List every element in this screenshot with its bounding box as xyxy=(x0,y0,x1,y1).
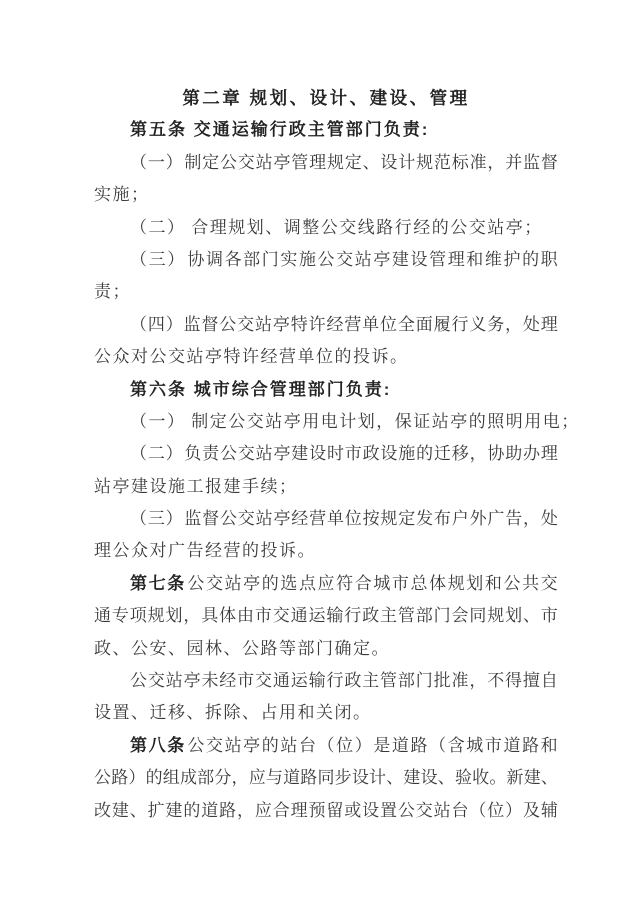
document-line: （四）监督公交站亭特许经营单位全面履行义务，处理 xyxy=(94,309,558,341)
document-line: 公交站亭未经市交通运输行政主管部门批准，不得擅自 xyxy=(94,665,558,697)
document-line: 实施； xyxy=(94,179,558,211)
document-line: （三） 监督公交站亭经营单位按规定发布户外广告，处 xyxy=(94,503,558,535)
article-heading-line: 第五条 交通运输行政主管部门负责: xyxy=(94,114,558,146)
document-line: （一） 制定公交站亭管理规定、设计规范标准，并监督 xyxy=(94,147,558,179)
document-line: 政、公安、园林、公路等部门确定。 xyxy=(94,633,558,665)
document-line: 公路）的组成部分，应与道路同步设计、建设、验收。新建、 xyxy=(94,762,558,794)
document-line: 责； xyxy=(94,276,558,308)
document-page: 第二章 规划、设计、建设、管理 第五条 交通运输行政主管部门负责:（一） 制定公… xyxy=(0,0,640,905)
chapter-title: 第二章 规划、设计、建设、管理 xyxy=(94,82,558,114)
document-line: 设置、迁移、拆除、占用和关闭。 xyxy=(94,697,558,729)
document-line: （三） 协调各部门实施公交站亭建设管理和维护的职 xyxy=(94,244,558,276)
document-line: （二） 合理规划、调整公交线路行经的公交站亭； xyxy=(94,212,558,244)
document-line: （二） 负责公交站亭建设时市政设施的迁移，协助办理 xyxy=(94,438,558,470)
document-line: 第八条 公交站亭的站台（位）是道路（含城市道路和 xyxy=(94,730,558,762)
document-line: （一） 制定公交站亭用电计划，保证站亭的照明用电； xyxy=(94,406,558,438)
article-heading-line: 第六条 城市综合管理部门负责: xyxy=(94,374,558,406)
document-line: 理公众对广告经营的投诉。 xyxy=(94,535,558,567)
document-line: 公众对公交站亭特许经营单位的投诉。 xyxy=(94,341,558,373)
document-line: 改建、扩建的道路，应合理预留或设置公交站台（位）及辅 xyxy=(94,795,558,827)
document-line: 通专项规划，具体由市交通运输行政主管部门会同规划、市 xyxy=(94,600,558,632)
document-line: 站亭建设施工报建手续； xyxy=(94,471,558,503)
document-line: 第七条 公交站亭的选点应符合城市总体规划和公共交 xyxy=(94,568,558,600)
text-block: 第二章 规划、设计、建设、管理 第五条 交通运输行政主管部门负责:（一） 制定公… xyxy=(94,82,558,827)
